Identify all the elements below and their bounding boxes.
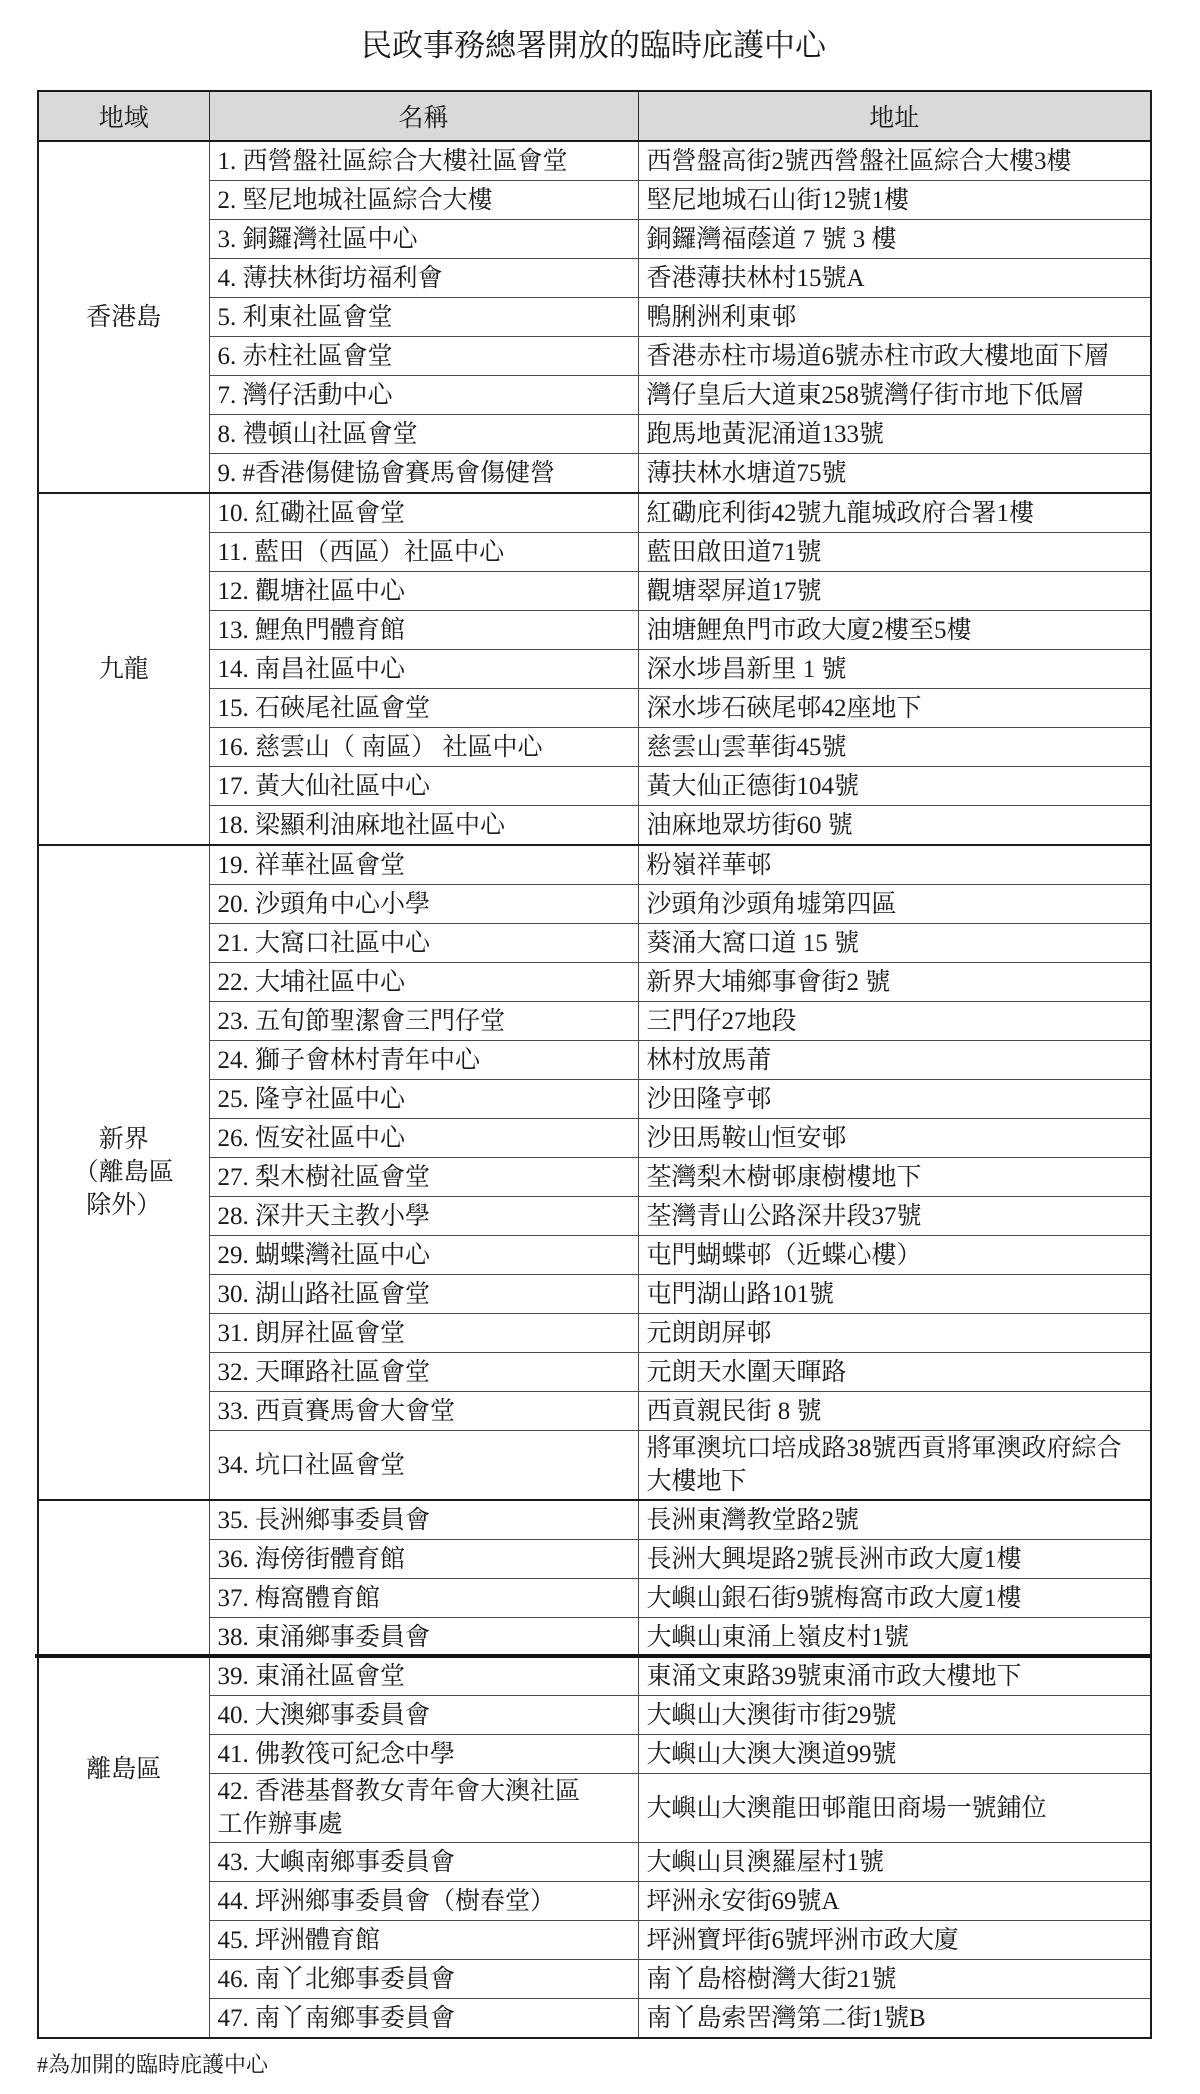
shelter-name-cell: 40. 大澳鄉事委員會: [209, 1696, 638, 1735]
region-cell: 香港島: [38, 141, 209, 493]
shelter-address-cell: 大嶼山大澳龍田邨龍田商場一號鋪位: [638, 1774, 1151, 1843]
shelter-address-cell: 紅磡庇利街42號九龍城政府合署1樓: [638, 493, 1151, 533]
table-row: 香港島1. 西營盤社區綜合大樓社區會堂西營盤高街2號西營盤社區綜合大樓3樓: [38, 141, 1151, 181]
shelter-address-cell: 薄扶林水塘道75號: [638, 454, 1151, 494]
page-title: 民政事務總署開放的臨時庇護中心: [37, 26, 1150, 66]
shelter-address-cell: 沙田馬鞍山恒安邨: [638, 1119, 1151, 1158]
shelter-name-cell: 47. 南丫南鄉事委員會: [209, 1999, 638, 2039]
shelter-table-body: 香港島1. 西營盤社區綜合大樓社區會堂西營盤高街2號西營盤社區綜合大樓3樓2. …: [38, 141, 1151, 2038]
region-cell: 新界 （離島區 除外）: [38, 845, 209, 1500]
shelter-address-cell: 元朗天水圍天暉路: [638, 1353, 1151, 1392]
region-cell: 九龍: [38, 493, 209, 845]
shelter-name-cell: 34. 坑口社區會堂: [209, 1431, 638, 1501]
shelter-address-cell: 長洲東灣教堂路2號: [638, 1500, 1151, 1540]
shelter-address-cell: 大嶼山東涌上嶺皮村1號: [638, 1618, 1151, 1657]
shelter-name-cell: 44. 坪洲鄉事委員會（樹春堂）: [209, 1882, 638, 1921]
shelter-name-cell: 10. 紅磡社區會堂: [209, 493, 638, 533]
shelter-name-cell: 39. 東涌社區會堂: [209, 1657, 638, 1696]
shelter-address-cell: 葵涌大窩口道 15 號: [638, 924, 1151, 963]
shelter-name-cell: 18. 梁顯利油麻地社區中心: [209, 806, 638, 846]
region-cell: 離島區: [38, 1500, 209, 2038]
shelter-address-cell: 鴨脷洲利東邨: [638, 298, 1151, 337]
shelter-name-cell: 13. 鯉魚門體育館: [209, 611, 638, 650]
shelter-address-cell: 大嶼山銀石街9號梅窩市政大廈1樓: [638, 1579, 1151, 1618]
shelter-name-cell: 28. 深井天主教小學: [209, 1197, 638, 1236]
shelter-address-cell: 觀塘翠屏道17號: [638, 572, 1151, 611]
page-break-line: [35, 1654, 1152, 1658]
shelter-name-cell: 3. 銅鑼灣社區中心: [209, 220, 638, 259]
shelter-address-cell: 將軍澳坑口培成路38號西貢將軍澳政府綜合 大樓地下: [638, 1431, 1151, 1501]
shelter-address-cell: 藍田啟田道71號: [638, 533, 1151, 572]
shelter-name-cell: 17. 黃大仙社區中心: [209, 767, 638, 806]
shelter-name-cell: 24. 獅子會林村青年中心: [209, 1041, 638, 1080]
footnote: #為加開的臨時庇護中心: [37, 2051, 1200, 2079]
shelter-address-cell: 香港薄扶林村15號A: [638, 259, 1151, 298]
shelter-address-cell: 坪洲寶坪街6號坪洲市政大廈: [638, 1921, 1151, 1960]
shelter-name-cell: 11. 藍田（西區）社區中心: [209, 533, 638, 572]
header-row: 地域 名稱 地址: [38, 91, 1151, 141]
header-address: 地址: [638, 91, 1151, 141]
shelter-address-cell: 荃灣青山公路深井段37號: [638, 1197, 1151, 1236]
shelter-address-cell: 三門仔27地段: [638, 1002, 1151, 1041]
shelter-name-cell: 6. 赤柱社區會堂: [209, 337, 638, 376]
shelter-address-cell: 黃大仙正德街104號: [638, 767, 1151, 806]
shelter-name-cell: 7. 灣仔活動中心: [209, 376, 638, 415]
shelter-name-cell: 45. 坪洲體育館: [209, 1921, 638, 1960]
shelter-address-cell: 油麻地眾坊街60 號: [638, 806, 1151, 846]
shelter-address-cell: 屯門湖山路101號: [638, 1275, 1151, 1314]
table-row: 九龍10. 紅磡社區會堂紅磡庇利街42號九龍城政府合署1樓: [38, 493, 1151, 533]
shelter-address-cell: 香港赤柱市場道6號赤柱市政大樓地面下層: [638, 337, 1151, 376]
header-name: 名稱: [209, 91, 638, 141]
shelter-address-cell: 東涌文東路39號東涌市政大樓地下: [638, 1657, 1151, 1696]
shelter-table-wrap: 地域 名稱 地址 香港島1. 西營盤社區綜合大樓社區會堂西營盤高街2號西營盤社區…: [37, 90, 1150, 2039]
shelter-address-cell: 西營盤高街2號西營盤社區綜合大樓3樓: [638, 141, 1151, 181]
shelter-name-cell: 16. 慈雲山（ 南區） 社區中心: [209, 728, 638, 767]
shelter-name-cell: 25. 隆亨社區中心: [209, 1080, 638, 1119]
table-row: 新界 （離島區 除外）19. 祥華社區會堂粉嶺祥華邨: [38, 845, 1151, 885]
shelter-address-cell: 油塘鯉魚門市政大廈2樓至5樓: [638, 611, 1151, 650]
shelter-name-cell: 27. 梨木樹社區會堂: [209, 1158, 638, 1197]
shelter-address-cell: 灣仔皇后大道東258號灣仔街市地下低層: [638, 376, 1151, 415]
shelter-address-cell: 大嶼山大澳大澳道99號: [638, 1735, 1151, 1774]
shelter-address-cell: 坪洲永安街69號A: [638, 1882, 1151, 1921]
shelter-address-cell: 深水埗石硤尾邨42座地下: [638, 689, 1151, 728]
shelter-name-cell: 29. 蝴蝶灣社區中心: [209, 1236, 638, 1275]
table-row: 離島區35. 長洲鄉事委員會長洲東灣教堂路2號: [38, 1500, 1151, 1540]
shelter-address-cell: 大嶼山貝澳羅屋村1號: [638, 1843, 1151, 1882]
shelter-address-cell: 粉嶺祥華邨: [638, 845, 1151, 885]
shelter-name-cell: 38. 東涌鄉事委員會: [209, 1618, 638, 1657]
shelter-address-cell: 南丫島索罟灣第二街1號B: [638, 1999, 1151, 2039]
shelter-name-cell: 20. 沙頭角中心小學: [209, 885, 638, 924]
shelter-name-cell: 12. 觀塘社區中心: [209, 572, 638, 611]
shelter-name-cell: 46. 南丫北鄉事委員會: [209, 1960, 638, 1999]
shelter-address-cell: 西貢親民街 8 號: [638, 1392, 1151, 1431]
shelter-name-cell: 1. 西營盤社區綜合大樓社區會堂: [209, 141, 638, 181]
header-region: 地域: [38, 91, 209, 141]
shelter-name-cell: 4. 薄扶林街坊福利會: [209, 259, 638, 298]
shelter-address-cell: 沙田隆亨邨: [638, 1080, 1151, 1119]
shelter-name-cell: 43. 大嶼南鄉事委員會: [209, 1843, 638, 1882]
shelter-name-cell: 22. 大埔社區中心: [209, 963, 638, 1002]
shelter-name-cell: 5. 利東社區會堂: [209, 298, 638, 337]
shelter-address-cell: 屯門蝴蝶邨（近蝶心樓）: [638, 1236, 1151, 1275]
shelter-table: 地域 名稱 地址 香港島1. 西營盤社區綜合大樓社區會堂西營盤高街2號西營盤社區…: [37, 90, 1152, 2039]
shelter-address-cell: 荃灣梨木樹邨康樹樓地下: [638, 1158, 1151, 1197]
shelter-name-cell: 36. 海傍街體育館: [209, 1540, 638, 1579]
shelter-name-cell: 32. 天暉路社區會堂: [209, 1353, 638, 1392]
shelter-name-cell: 37. 梅窩體育館: [209, 1579, 638, 1618]
shelter-name-cell: 14. 南昌社區中心: [209, 650, 638, 689]
shelter-name-cell: 15. 石硤尾社區會堂: [209, 689, 638, 728]
shelter-name-cell: 30. 湖山路社區會堂: [209, 1275, 638, 1314]
shelter-address-cell: 大嶼山大澳街市街29號: [638, 1696, 1151, 1735]
shelter-address-cell: 慈雲山雲華街45號: [638, 728, 1151, 767]
shelter-address-cell: 新界大埔鄉事會街2 號: [638, 963, 1151, 1002]
shelter-name-cell: 35. 長洲鄉事委員會: [209, 1500, 638, 1540]
shelter-name-cell: 26. 恆安社區中心: [209, 1119, 638, 1158]
shelter-address-cell: 長洲大興堤路2號長洲市政大廈1樓: [638, 1540, 1151, 1579]
shelter-name-cell: 41. 佛教筏可紀念中學: [209, 1735, 638, 1774]
shelter-address-cell: 銅鑼灣福蔭道 7 號 3 樓: [638, 220, 1151, 259]
shelter-name-cell: 8. 禮頓山社區會堂: [209, 415, 638, 454]
shelter-address-cell: 林村放馬莆: [638, 1041, 1151, 1080]
shelter-address-cell: 深水埗昌新里 1 號: [638, 650, 1151, 689]
shelter-address-cell: 元朗朗屏邨: [638, 1314, 1151, 1353]
shelter-name-cell: 23. 五旬節聖潔會三門仔堂: [209, 1002, 638, 1041]
shelter-name-cell: 9. #香港傷健協會賽馬會傷健營: [209, 454, 638, 494]
shelter-address-cell: 堅尼地城石山街12號1樓: [638, 181, 1151, 220]
shelter-name-cell: 19. 祥華社區會堂: [209, 845, 638, 885]
shelter-name-cell: 21. 大窩口社區中心: [209, 924, 638, 963]
shelter-name-cell: 33. 西貢賽馬會大會堂: [209, 1392, 638, 1431]
shelter-address-cell: 跑馬地黃泥涌道133號: [638, 415, 1151, 454]
shelter-name-cell: 31. 朗屏社區會堂: [209, 1314, 638, 1353]
shelter-address-cell: 南丫島榕樹灣大街21號: [638, 1960, 1151, 1999]
shelter-name-cell: 2. 堅尼地城社區綜合大樓: [209, 181, 638, 220]
shelter-address-cell: 沙頭角沙頭角墟第四區: [638, 885, 1151, 924]
shelter-name-cell: 42. 香港基督教女青年會大澳社區 工作辦事處: [209, 1774, 638, 1843]
